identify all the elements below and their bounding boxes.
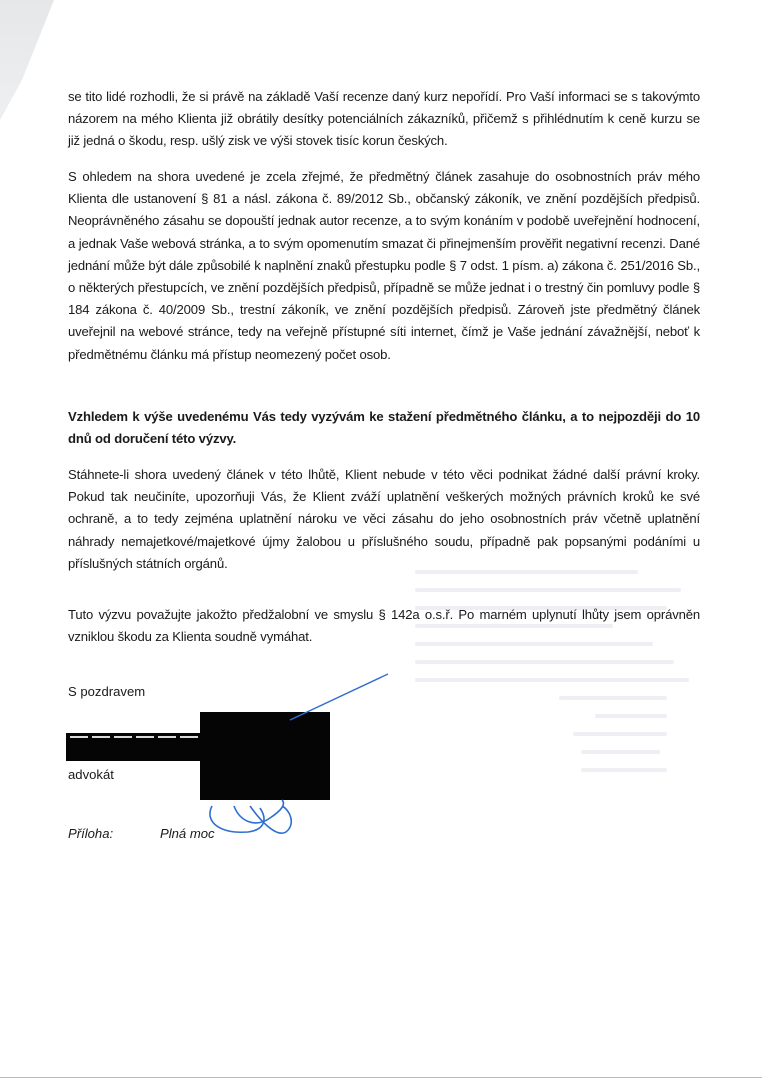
redacted-signer-name [66, 733, 206, 761]
paragraph-demand: Vzhledem k výše uvedenému Vás tedy vyzýv… [68, 406, 700, 450]
paragraph-damages: se tito lidé rozhodli, že si právě na zá… [68, 86, 700, 153]
closing-salutation: S pozdravem [68, 684, 145, 699]
handwritten-signature [190, 670, 410, 840]
paragraph-pre-action-notice: Tuto výzvu považujte jakožto předžalobní… [68, 604, 700, 648]
scan-bottom-edge [0, 1077, 762, 1078]
paragraph-legal-basis: S ohledem na shora uvedené je zcela zřej… [68, 166, 700, 366]
signer-role: advokát [68, 767, 114, 782]
paragraph-consequences: Stáhnete-li shora uvedený článek v této … [68, 464, 700, 575]
attachment-label: Příloha: [68, 826, 113, 841]
